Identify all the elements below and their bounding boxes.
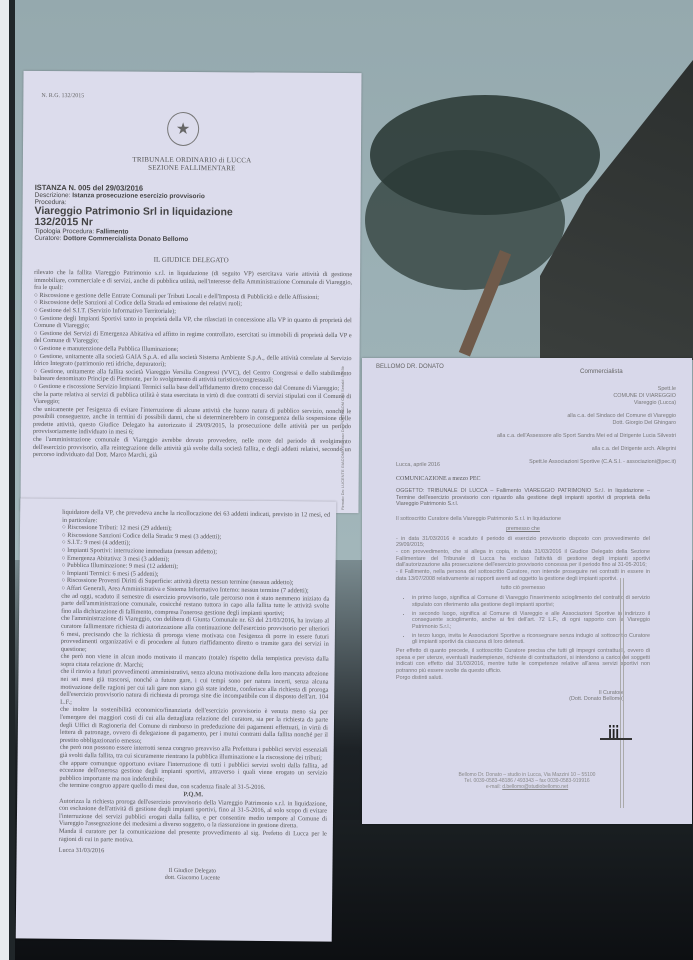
court-decree-page-1: N. R.G. 132/2015 ★ TRIBUNALE ORDINARIO d… bbox=[20, 71, 361, 513]
addressee-line: alla c.a. dell'Assessore allo Sport Sand… bbox=[376, 433, 676, 440]
decree-body-top: rilevato che la fallita Viareggio Patrim… bbox=[33, 269, 352, 461]
paragraph: rilevato che la fallita Viareggio Patrim… bbox=[34, 269, 352, 294]
paragraph: - il Fallimento, nella persona del sotto… bbox=[396, 569, 650, 582]
case-info: ISTANZA N. 005 del 29/03/2016 Descrizion… bbox=[34, 183, 354, 244]
paragraph: che l'amministrazione comunale di Viareg… bbox=[33, 436, 351, 461]
addressees: Spett.le COMUNE DI VIAREGGIO Viareggio (… bbox=[376, 386, 676, 466]
list-item: in terzo luogo, invita le Associazioni S… bbox=[412, 633, 650, 646]
decree-heading: IL GIUDICE DELEGATO bbox=[22, 255, 360, 265]
addressee-line: alla c.a. del Sindaco del Comune di Viar… bbox=[376, 413, 676, 420]
curator-communication: BELLOMO DR. DONATO Commercialista Spett.… bbox=[362, 358, 692, 824]
addressee-line: Spett.le bbox=[376, 386, 676, 393]
addressee-line: COMUNE DI VIAREGGIO bbox=[376, 393, 676, 400]
judge-signature-block: Il Giudice Delegato dott. Giacomo Lucent… bbox=[58, 866, 326, 884]
paragraph: Manda il curatore per la comunicazione d… bbox=[59, 828, 327, 846]
paragraph: - con provvedimento, che si allega in co… bbox=[396, 549, 650, 569]
digital-signature-strip: Firmato Da: LUCENTE GIACOMO Emesso Da: P… bbox=[340, 360, 346, 510]
addressee-line: alla c.a. del Dirigente arch. Allegrini bbox=[376, 446, 676, 453]
letter-footer: Bellomo Dr. Donato – studio in Lucca, Vi… bbox=[362, 772, 692, 790]
actions-list: in primo luogo, significa al Comune di V… bbox=[396, 595, 650, 646]
paragraph: che appare comunque opportuno evitare l'… bbox=[59, 759, 327, 785]
pine-tree-reflection-lower bbox=[365, 150, 565, 290]
paragraph: - in data 31/03/2016 è scaduto il period… bbox=[396, 536, 650, 549]
footer-email: d.bellomo@studiobellomo.net bbox=[502, 784, 568, 790]
paragraph: che unicamente per l'esigenza di evitare… bbox=[33, 406, 351, 439]
subject-line: OGGETTO: TRIBUNALE DI LUCCA – Fallimento… bbox=[396, 488, 650, 508]
addressee-line: Viareggio (Lucca) bbox=[376, 400, 676, 407]
paragraph: ○ Gestione, unitamente alla società GAIA… bbox=[33, 352, 351, 369]
paragraph: che ad oggi, scaduto il semestre di eser… bbox=[61, 592, 329, 618]
italian-republic-emblem-icon: ★ bbox=[167, 112, 199, 146]
letterhead-name: BELLOMO DR. DONATO bbox=[376, 364, 444, 370]
rg-number: N. R.G. 132/2015 bbox=[41, 93, 84, 99]
court-heading: TRIBUNALE ORDINARIO di LUCCA SEZIONE FAL… bbox=[23, 155, 361, 173]
curatore-label: Curatore: bbox=[34, 235, 61, 242]
list-item: in secondo luogo, significa al Comune di… bbox=[412, 611, 650, 631]
communication-body: OGGETTO: TRIBUNALE DI LUCCA – Fallimento… bbox=[396, 488, 650, 703]
curator-signature-block: Il Curatore (Dott. Donato Bellomo) bbox=[396, 690, 650, 703]
handwritten-signature-icon: ⅲ bbox=[578, 725, 620, 745]
paragraph: che l'amministrazione di Viareggio, con … bbox=[61, 615, 329, 656]
intro: Il sottoscritto Curatore della Viareggio… bbox=[396, 516, 650, 523]
court-section: SEZIONE FALLIMENTARE bbox=[23, 163, 361, 173]
signer-role: Il Curatore bbox=[396, 690, 624, 697]
communication-type: COMUNICAZIONE a mezzo PEC bbox=[396, 476, 481, 482]
place-date: Lucca, aprile 2016 bbox=[396, 462, 440, 468]
premesso-heading: premesso che bbox=[396, 526, 650, 533]
list-item: in primo luogo, significa al Comune di V… bbox=[412, 595, 650, 608]
door-frame-shadow bbox=[9, 0, 15, 960]
decree-body-bottom: liquidatore della VP, che prevedeva anch… bbox=[58, 509, 330, 885]
tutto-premesso-heading: tutto ciò premesso bbox=[396, 585, 650, 592]
place-date: Lucca 31/03/2016 bbox=[59, 847, 327, 857]
addressee-line: Dott. Giorgio Del Ghingaro bbox=[376, 420, 676, 427]
signature-stroke bbox=[600, 738, 632, 740]
paragraph: che inoltre la sostenibilità economico/f… bbox=[60, 706, 328, 747]
curatore-value: Dottore Commercialista Donato Bellomo bbox=[63, 235, 188, 243]
court-decree-page-2: liquidatore della VP, che prevedeva anch… bbox=[16, 498, 337, 941]
footer-email-label: e-mail: bbox=[486, 784, 501, 790]
signer-name: (Dott. Donato Bellomo) bbox=[396, 696, 624, 703]
signer-name: dott. Giacomo Lucente bbox=[58, 874, 326, 884]
paragraph: che il rinvio a futuri provvedimenti amm… bbox=[60, 668, 328, 709]
paragraph: Autorizza la richiesta proroga dell'eser… bbox=[59, 797, 327, 830]
descrizione-value: Istanza prosecuzione esercizio provvisor… bbox=[72, 192, 205, 200]
closing-paragraph: Per effetto di quanto precede, il sottos… bbox=[396, 648, 650, 675]
glass-door-scene: N. R.G. 132/2015 ★ TRIBUNALE ORDINARIO d… bbox=[0, 0, 693, 960]
greeting: Porgo distinti saluti. bbox=[396, 675, 650, 682]
letterhead-title: Commercialista bbox=[580, 368, 623, 375]
